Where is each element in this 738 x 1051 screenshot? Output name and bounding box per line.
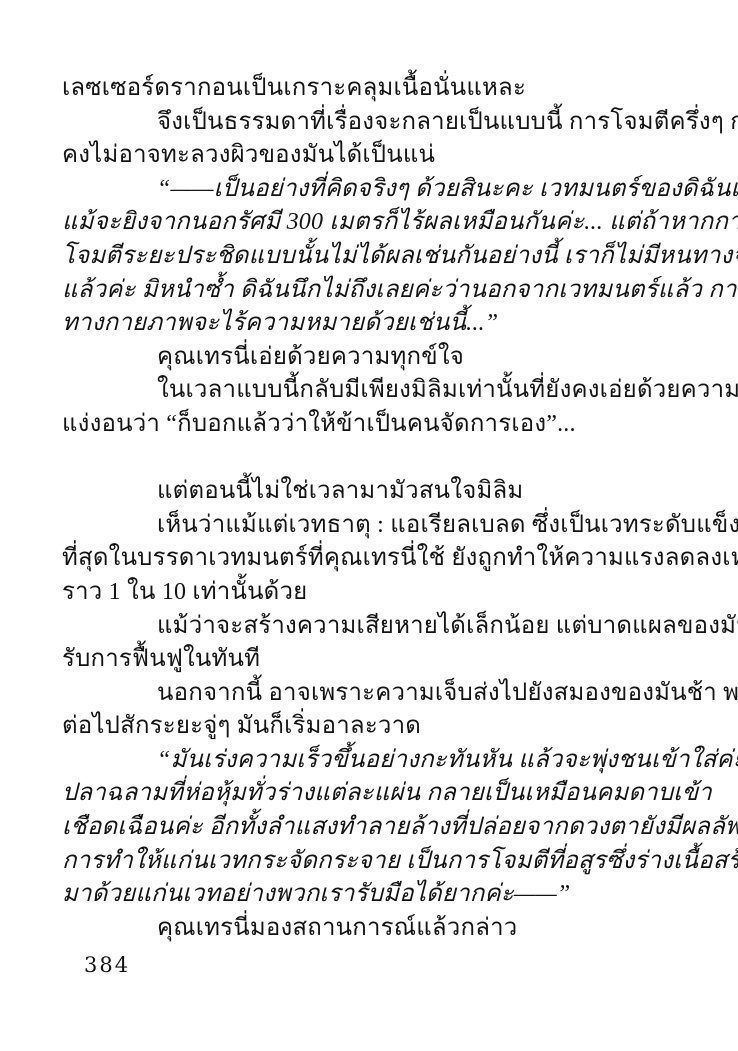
- text-line: เชือดเฉือนค่ะ อีกทั้งลำแสงทำลายล้างที่ปล…: [62, 811, 678, 845]
- text-line: โจมตีระยะประชิดแบบนั้นไม่ได้ผลเช่นกันอย่…: [62, 240, 678, 274]
- text-line: แล้วค่ะ มิหนำซ้ำ ดิฉันนึกไม่ถึงเลยค่ะว่า…: [62, 274, 678, 308]
- book-page: เลซเซอร์ดรากอนเป็นเกราะคลุมเนื้อนั่นแหละ…: [0, 0, 738, 1051]
- text-line: มาด้วยแก่นเวทอย่างพวกเรารับมือได้ยากค่ะ—…: [62, 878, 678, 912]
- page-number: 384: [84, 952, 130, 978]
- text-line: “——เป็นอย่างที่คิดจริงๆ ด้วยสินะคะ เวทมน…: [62, 173, 678, 207]
- text-line: คุณเทรนี่มองสถานการณ์แล้วกล่าว: [62, 912, 678, 946]
- text-line: เลซเซอร์ดรากอนเป็นเกราะคลุมเนื้อนั่นแหละ: [62, 72, 678, 106]
- text-line: แม้ว่าจะสร้างความเสียหายได้เล็กน้อย แต่บ…: [62, 610, 678, 644]
- text-line: แง่งอนว่า “ก็บอกแล้วว่าให้ข้าเป็นคนจัดกา…: [62, 408, 678, 442]
- text-line: นอกจากนี้ อาจเพราะความเจ็บส่งไปยังสมองขอ…: [62, 677, 678, 711]
- text-line: ในเวลาแบบนี้กลับมีเพียงมิลิมเท่านั้นที่ย…: [62, 374, 678, 408]
- text-line: ที่สุดในบรรดาเวทมนตร์ที่คุณเทรนี่ใช้ ยัง…: [62, 542, 678, 576]
- text-line: รับการฟื้นฟูในทันที: [62, 643, 678, 677]
- text-line: การทำให้แก่นเวทกระจัดกระจาย เป็นการโจมตี…: [62, 845, 678, 879]
- text-line: คุณเทรนี่เอ่ยด้วยความทุกข์ใจ: [62, 341, 678, 375]
- text-line: แม้จะยิงจากนอกรัศมี 300 เมตรก็ไร้ผลเหมือ…: [62, 206, 678, 240]
- text-line: เห็นว่าแม้แต่เวทธาตุ : แอเรียลเบลด ซึ่งเ…: [62, 509, 678, 543]
- text-line: คงไม่อาจทะลวงผิวของมันได้เป็นแน่: [62, 139, 678, 173]
- body-text-block: เลซเซอร์ดรากอนเป็นเกราะคลุมเนื้อนั่นแหละ…: [62, 72, 678, 945]
- text-line: “มันเร่งความเร็วขึ้นอย่างกะทันหัน แล้วจะ…: [62, 744, 678, 778]
- text-line: แต่ตอนนี้ไม่ใช่เวลามามัวสนใจมิลิม: [62, 475, 678, 509]
- text-line: ราว 1 ใน 10 เท่านั้นด้วย: [62, 576, 678, 610]
- text-line: ทางกายภาพจะไร้ความหมายด้วยเช่นนี้...”: [62, 307, 678, 341]
- text-line: จึงเป็นธรรมดาที่เรื่องจะกลายเป็นแบบนี้ ก…: [62, 106, 678, 140]
- text-line: ต่อไปสักระยะจู่ๆ มันก็เริ่มอาละวาด: [62, 710, 678, 744]
- text-line: ปลาฉลามที่ห่อหุ้มทั่วร่างแต่ละแผ่น กลายเ…: [62, 777, 678, 811]
- blank-line: [62, 442, 678, 476]
